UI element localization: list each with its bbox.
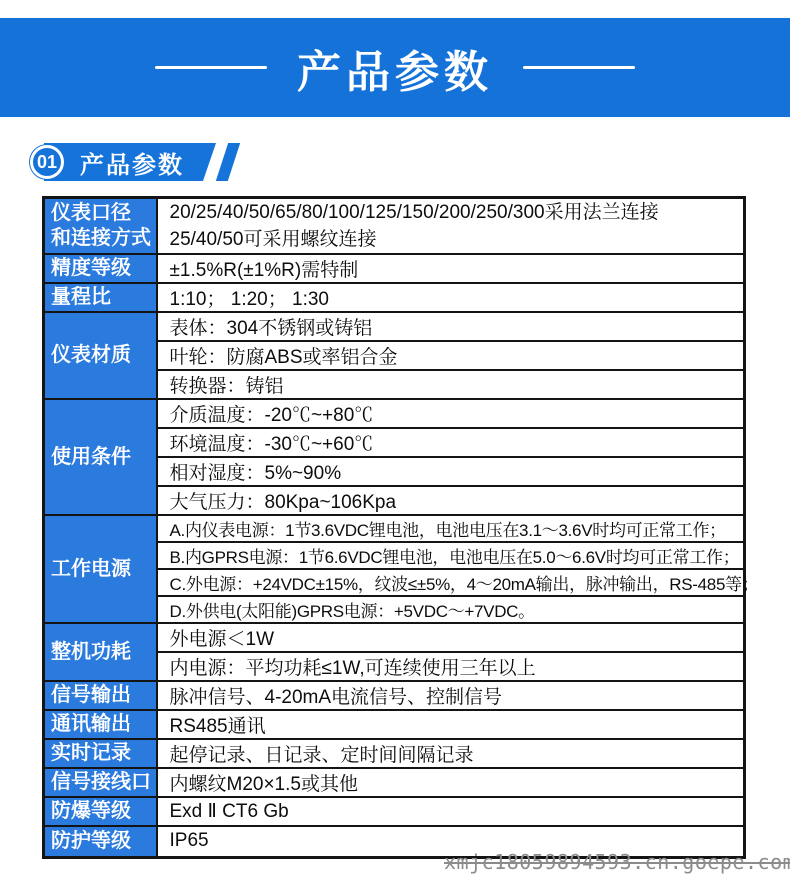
- row-label: 仪表材质: [44, 312, 157, 399]
- row-value: 环境温度：-30℃~+60℃: [157, 428, 745, 457]
- row-label: 工作电源: [44, 515, 157, 623]
- row-value: 转换器：铸铝: [157, 370, 745, 399]
- row-value: 介质温度：-20℃~+80℃: [157, 399, 745, 428]
- row-value: B.内GPRS电源：1节6.6VDC锂电池，电池电压在5.0～6.6V时均可正常…: [157, 542, 745, 569]
- section-flag: 产品参数: [44, 143, 216, 181]
- row-value: A.内仪表电源：1节3.6VDC锂电池，电池电压在3.1～3.6V时均可正常工作…: [157, 515, 745, 542]
- row-value: 叶轮：防腐ABS或率铝合金: [157, 341, 745, 370]
- table-row: 信号接线口 内螺纹M20×1.5或其他: [44, 768, 745, 797]
- row-value: RS485通讯: [157, 710, 745, 739]
- row-label: 实时记录: [44, 739, 157, 768]
- watermark-text: xmjc18059894593.cn.goepe.com: [444, 850, 790, 874]
- row-label: 整机功耗: [44, 623, 157, 681]
- row-label: 防爆等级: [44, 797, 157, 826]
- row-value: 外电源＜1W: [157, 623, 745, 652]
- table-row: 使用条件 介质温度：-20℃~+80℃: [44, 399, 745, 428]
- table-row: 量程比 1:10； 1:20； 1:30: [44, 283, 745, 312]
- row-label: 仪表口径 和连接方式: [44, 198, 157, 255]
- row-value: 大气压力：80Kpa~106Kpa: [157, 486, 745, 515]
- section-flag-sliver: [216, 143, 240, 181]
- row-value: 相对湿度：5%~90%: [157, 457, 745, 486]
- section-title: 产品参数: [80, 145, 184, 180]
- spec-table: 仪表口径 和连接方式 20/25/40/50/65/80/100/125/150…: [42, 196, 746, 859]
- table-row: 仪表材质 表体：304不锈钢或铸铝: [44, 312, 745, 341]
- table-row: 仪表口径 和连接方式 20/25/40/50/65/80/100/125/150…: [44, 198, 745, 255]
- table-row: 精度等级 ±1.5%R(±1%R)需特制: [44, 254, 745, 283]
- row-value: 表体：304不锈钢或铸铝: [157, 312, 745, 341]
- row-value: Exd Ⅱ CT6 Gb: [157, 797, 745, 826]
- row-value: 20/25/40/50/65/80/100/125/150/200/250/30…: [157, 198, 745, 255]
- row-label: 信号接线口: [44, 768, 157, 797]
- table-row: 工作电源 A.内仪表电源：1节3.6VDC锂电池，电池电压在3.1～3.6V时均…: [44, 515, 745, 542]
- banner-decor-line-left: [155, 66, 267, 69]
- table-row: 实时记录 起停记录、日记录、定时间间隔记录: [44, 739, 745, 768]
- spec-table-container: 仪表口径 和连接方式 20/25/40/50/65/80/100/125/150…: [42, 196, 746, 859]
- row-value: 脉冲信号、4-20mA电流信号、控制信号: [157, 681, 745, 710]
- row-label: 精度等级: [44, 254, 157, 283]
- row-value: D.外供电(太阳能)GPRS电源：+5VDC～+7VDC。: [157, 596, 745, 623]
- table-row: 整机功耗 外电源＜1W: [44, 623, 745, 652]
- row-value: ±1.5%R(±1%R)需特制: [157, 254, 745, 283]
- page-banner: 产品参数: [0, 18, 790, 117]
- row-label: 信号输出: [44, 681, 157, 710]
- row-label: 防护等级: [44, 826, 157, 857]
- row-label: 量程比: [44, 283, 157, 312]
- section-number-badge: 01: [30, 145, 64, 179]
- row-label: 通讯输出: [44, 710, 157, 739]
- section-number: 01: [37, 152, 57, 173]
- table-row: 防爆等级 Exd Ⅱ CT6 Gb: [44, 797, 745, 826]
- table-row: 信号输出 脉冲信号、4-20mA电流信号、控制信号: [44, 681, 745, 710]
- banner-decor-line-right: [523, 66, 635, 69]
- row-value: 内螺纹M20×1.5或其他: [157, 768, 745, 797]
- row-value: 起停记录、日记录、定时间间隔记录: [157, 739, 745, 768]
- row-value: C.外电源：+24VDC±15%，纹波≤±5%，4～20mA输出，脉冲输出，RS…: [157, 569, 745, 596]
- row-label: 使用条件: [44, 399, 157, 515]
- row-value: 1:10； 1:20； 1:30: [157, 283, 745, 312]
- table-row: 通讯输出 RS485通讯: [44, 710, 745, 739]
- row-value: 内电源：平均功耗≤1W,可连续使用三年以上: [157, 652, 745, 681]
- page-title: 产品参数: [297, 36, 493, 100]
